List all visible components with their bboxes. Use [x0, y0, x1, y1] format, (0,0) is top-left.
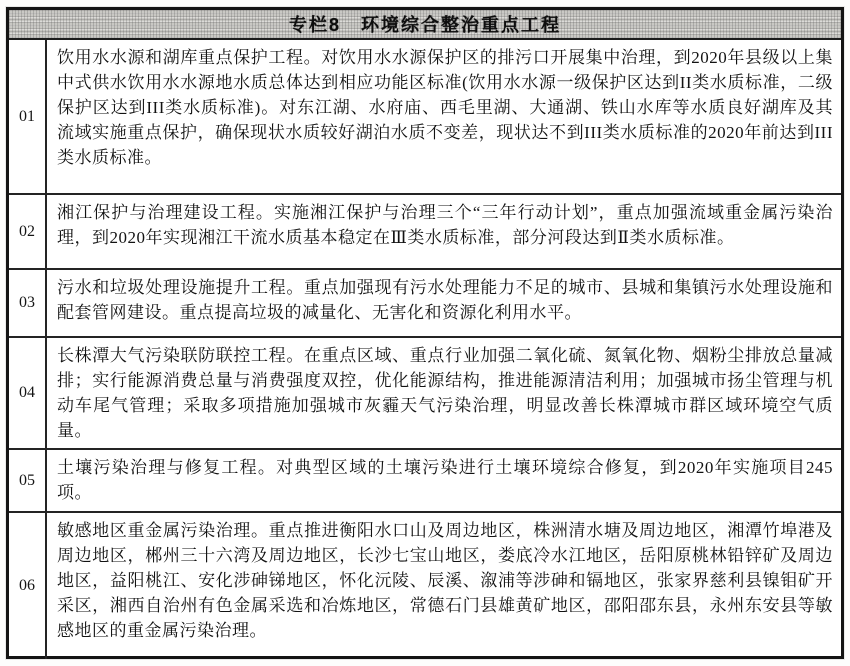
row-text: 敏感地区重金属污染治理。重点推进衡阳水口山及周边地区，株洲清水塘及周边地区，湘潭…	[47, 513, 841, 659]
table-title: 专栏8 环境综合整治重点工程	[289, 11, 561, 37]
table-row: 06 敏感地区重金属污染治理。重点推进衡阳水口山及周边地区，株洲清水塘及周边地区…	[9, 513, 841, 659]
row-text: 污水和垃圾处理设施提升工程。重点加强现有污水处理能力不足的城市、县城和集镇污水处…	[47, 270, 841, 336]
table-row: 01 饮用水水源和湖库重点保护工程。对饮用水水源保护区的排污口开展集中治理，到2…	[9, 40, 841, 195]
table-row: 05 土壤污染治理与修复工程。对典型区域的土壤污染进行土壤环境综合修复，到202…	[9, 450, 841, 513]
table-row: 02 湘江保护与治理建设工程。实施湘江保护与治理三个“三年行动计划”，重点加强流…	[9, 195, 841, 270]
row-text: 土壤污染治理与修复工程。对典型区域的土壤污染进行土壤环境综合修复，到2020年实…	[47, 450, 841, 511]
row-text: 湘江保护与治理建设工程。实施湘江保护与治理三个“三年行动计划”，重点加强流域重金…	[47, 195, 841, 268]
row-number: 02	[9, 195, 47, 268]
table-row: 04 长株潭大气污染联防联控工程。在重点区域、重点行业加强二氧化硫、氮氧化物、烟…	[9, 338, 841, 450]
table-header: 专栏8 环境综合整治重点工程	[9, 10, 841, 40]
row-number: 01	[9, 40, 47, 193]
row-text: 长株潭大气污染联防联控工程。在重点区域、重点行业加强二氧化硫、氮氧化物、烟粉尘排…	[47, 338, 841, 448]
row-text: 饮用水水源和湖库重点保护工程。对饮用水水源保护区的排污口开展集中治理，到2020…	[47, 40, 841, 193]
project-table: 专栏8 环境综合整治重点工程 01 饮用水水源和湖库重点保护工程。对饮用水水源保…	[6, 7, 844, 659]
table-row: 03 污水和垃圾处理设施提升工程。重点加强现有污水处理能力不足的城市、县城和集镇…	[9, 270, 841, 338]
row-number: 03	[9, 270, 47, 336]
row-number: 06	[9, 513, 47, 659]
row-number: 05	[9, 450, 47, 511]
row-number: 04	[9, 338, 47, 448]
